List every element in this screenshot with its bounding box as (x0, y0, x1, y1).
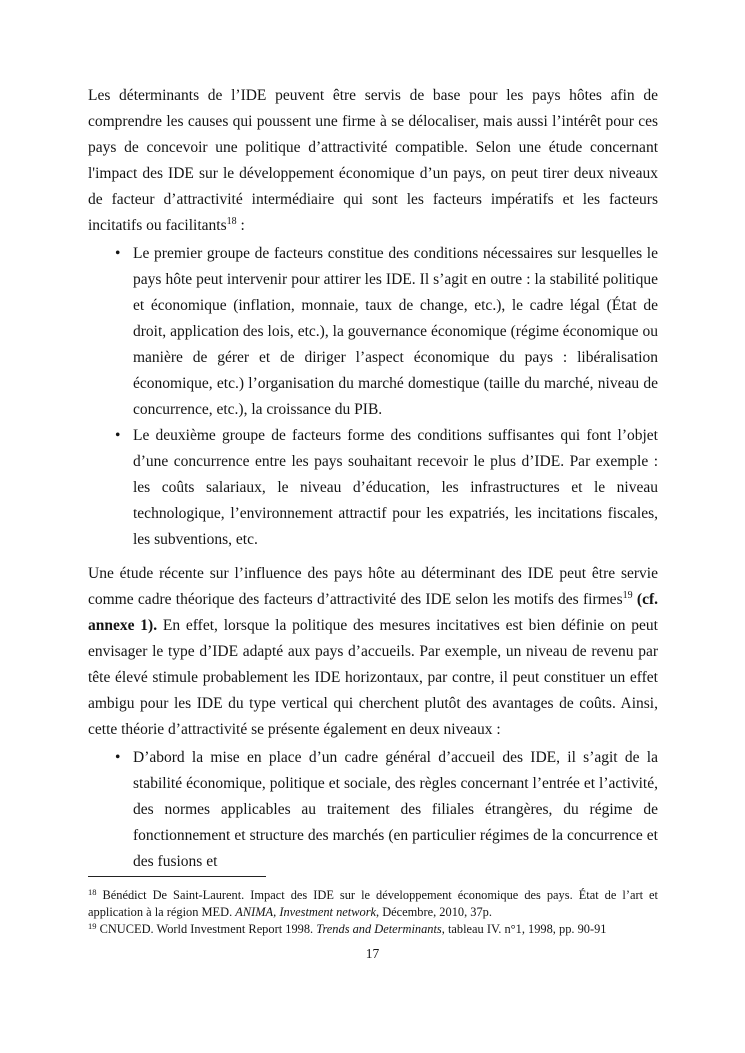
page-content: Les déterminants de l’IDE peuvent être s… (88, 83, 658, 883)
footnote-19-source: Trends and Determinants (316, 922, 442, 936)
paragraph-study: Une étude récente sur l’influence des pa… (88, 561, 658, 743)
list-item: • Le premier groupe de facteurs constitu… (88, 241, 658, 423)
footnote-19: 19 CNUCED. World Investment Report 1998.… (88, 921, 658, 938)
paragraph-study-tail: En effet, lorsque la politique des mesur… (88, 617, 658, 738)
footnote-18-source: ANIMA, Investment network (235, 905, 376, 919)
footnote-18-ref: 18 (88, 887, 97, 897)
factor-bullet-list: • Le premier groupe de facteurs constitu… (88, 241, 658, 553)
list-item-text: D’abord la mise en place d’un cadre géné… (133, 749, 658, 870)
paragraph-intro-tail: : (237, 217, 245, 234)
paragraph-intro-text: Les déterminants de l’IDE peuvent être s… (88, 87, 658, 234)
footnote-19-ref: 19 (88, 921, 97, 931)
list-item: • D’abord la mise en place d’un cadre gé… (88, 745, 658, 875)
footnote-19-tail: , tableau IV. n°1, 1998, pp. 90-91 (442, 922, 607, 936)
list-item-text: Le premier groupe de facteurs constitue … (133, 245, 658, 418)
bullet-icon: • (115, 745, 120, 771)
footnote-ref-19: 19 (623, 590, 633, 601)
footnote-ref-18: 18 (227, 216, 237, 227)
document-page: Les déterminants de l’IDE peuvent être s… (0, 0, 745, 1053)
paragraph-study-text: Une étude récente sur l’influence des pa… (88, 565, 658, 608)
bullet-icon: • (115, 241, 120, 267)
list-item: • Le deuxième groupe de facteurs forme d… (88, 423, 658, 553)
page-number: 17 (0, 946, 745, 962)
levels-bullet-list: • D’abord la mise en place d’un cadre gé… (88, 745, 658, 875)
footnote-19-text: CNUCED. World Investment Report 1998. (97, 922, 317, 936)
footnote-18-tail: , Décembre, 2010, 37p. (376, 905, 492, 919)
footnote-18: 18 Bénédict De Saint-Laurent. Impact des… (88, 887, 658, 921)
list-item-text: Le deuxième groupe de facteurs forme des… (133, 427, 658, 548)
bullet-icon: • (115, 423, 120, 449)
footnote-area: 18 Bénédict De Saint-Laurent. Impact des… (88, 876, 658, 938)
paragraph-intro: Les déterminants de l’IDE peuvent être s… (88, 83, 658, 239)
footnote-separator (88, 876, 266, 877)
